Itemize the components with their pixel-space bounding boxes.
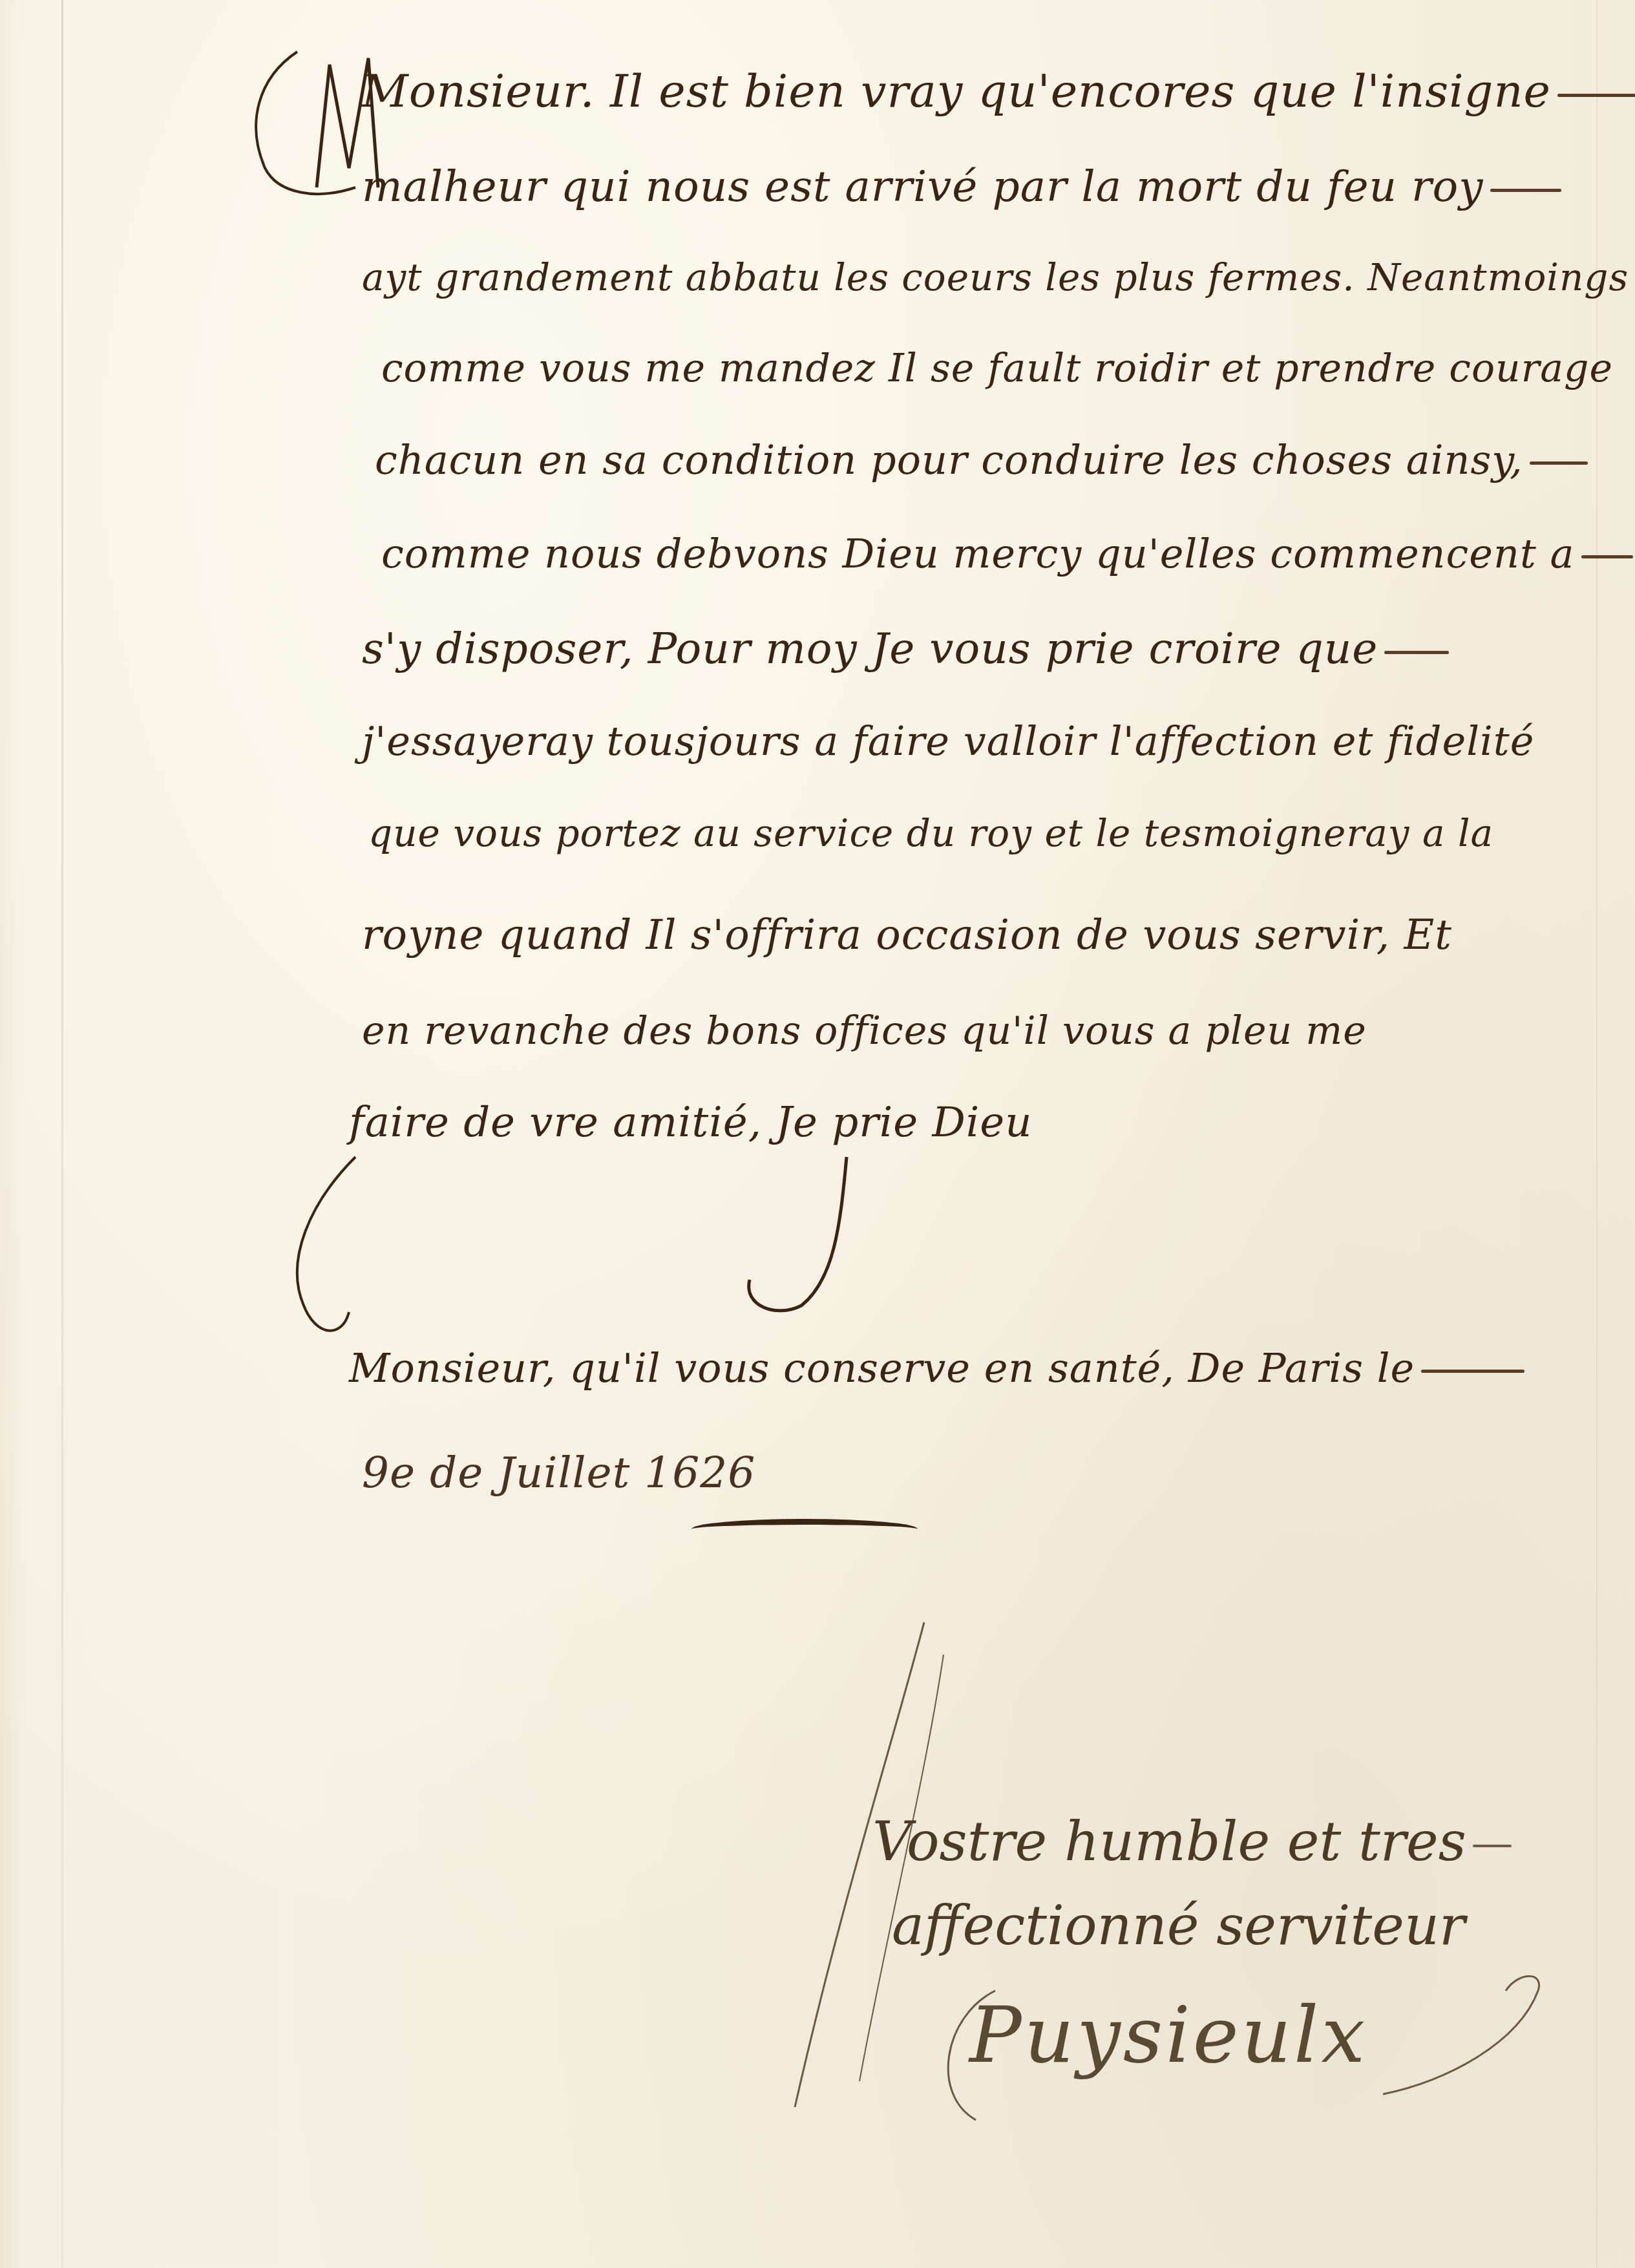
date-underline-flourish	[691, 1519, 918, 1531]
date-text: 9e de Juillet 1626	[362, 1448, 755, 1498]
signature: Puysieulx	[969, 1991, 1367, 2081]
body-line-text: Il est bien vray qu'encores que l'insign…	[610, 65, 1551, 118]
letter-line-8: j'essayeray tousjours a faire valloir l'…	[362, 717, 1534, 765]
subscription-line-1: Vostre humble et tres	[872, 1810, 1512, 1873]
paper-fold-line	[61, 0, 63, 2268]
letter-line-2: malheur qui nous est arrivé par la mort …	[362, 162, 1561, 211]
line-filler-dash	[1490, 189, 1561, 192]
subscription-line-2: affectionné serviteur	[892, 1894, 1465, 1957]
line-filler-dash	[1581, 555, 1633, 558]
letter-line-5: chacun en sa condition pour conduire les…	[375, 436, 1588, 483]
letter-line-11: en revanche des bons offices qu'il vous …	[362, 1008, 1367, 1054]
letter-line-6: comme nous debvons Dieu mercy qu'elles c…	[381, 530, 1633, 577]
paper-edge-line	[1596, 0, 1598, 2268]
letter-line-3: ayt grandement abbatu les coeurs les plu…	[362, 255, 1629, 299]
letter-line-10: royne quand Il s'offrira occasion de vou…	[362, 911, 1452, 959]
body-line-text: comme nous debvons Dieu mercy qu'elles c…	[381, 530, 1575, 577]
closing-line-2: 9e de Juillet 1626	[362, 1448, 755, 1498]
body-line-text: malheur qui nous est arrivé par la mort …	[362, 162, 1484, 211]
descender-flourish-icon	[284, 1150, 401, 1344]
body-line-text: faire de vre amitié, Je prie Dieu	[349, 1099, 1032, 1147]
letter-line-4: comme vous me mandez Il se fault roidir …	[381, 346, 1613, 391]
body-line-text: s'y disposer, Pour moy Je vous prie croi…	[362, 624, 1378, 673]
letter-line-12: faire de vre amitié, Je prie Dieu	[349, 1099, 1032, 1147]
closing-text: Monsieur, qu'il vous conserve en santé, …	[349, 1344, 1415, 1392]
signature-paraph-icon	[730, 1616, 976, 2133]
body-line-text: que vous portez au service du roy et le …	[368, 811, 1493, 855]
body-line-text: chacun en sa condition pour conduire les…	[375, 436, 1523, 483]
subscription-text: Vostre humble et tres	[872, 1810, 1466, 1873]
closing-line-1: Monsieur, qu'il vous conserve en santé, …	[349, 1344, 1524, 1392]
line-filler-dash	[1473, 1845, 1512, 1847]
salutation: Monsieur.	[362, 65, 595, 118]
letter-page: Monsieur. Il est bien vray qu'encores qu…	[0, 0, 1635, 2268]
letter-line-7: s'y disposer, Pour moy Je vous prie croi…	[362, 624, 1449, 673]
line-filler-dash	[1384, 651, 1449, 654]
body-line-text: j'essayeray tousjours a faire valloir l'…	[362, 717, 1534, 765]
body-line-text: royne quand Il s'offrira occasion de vou…	[362, 911, 1452, 959]
line-filler-dash	[1530, 461, 1588, 465]
line-filler-dash	[1421, 1370, 1524, 1373]
line-filler-dash	[1557, 94, 1635, 97]
descender-flourish-icon	[730, 1150, 872, 1319]
body-line-text: comme vous me mandez Il se fault roidir …	[381, 346, 1613, 391]
subscription-text: affectionné serviteur	[892, 1894, 1465, 1957]
body-line-text: en revanche des bons offices qu'il vous …	[362, 1008, 1367, 1054]
body-line-text: ayt grandement abbatu les coeurs les plu…	[362, 255, 1629, 299]
letter-line-9: que vous portez au service du roy et le …	[368, 811, 1493, 855]
letter-line-1: Monsieur. Il est bien vray qu'encores qu…	[362, 65, 1635, 118]
